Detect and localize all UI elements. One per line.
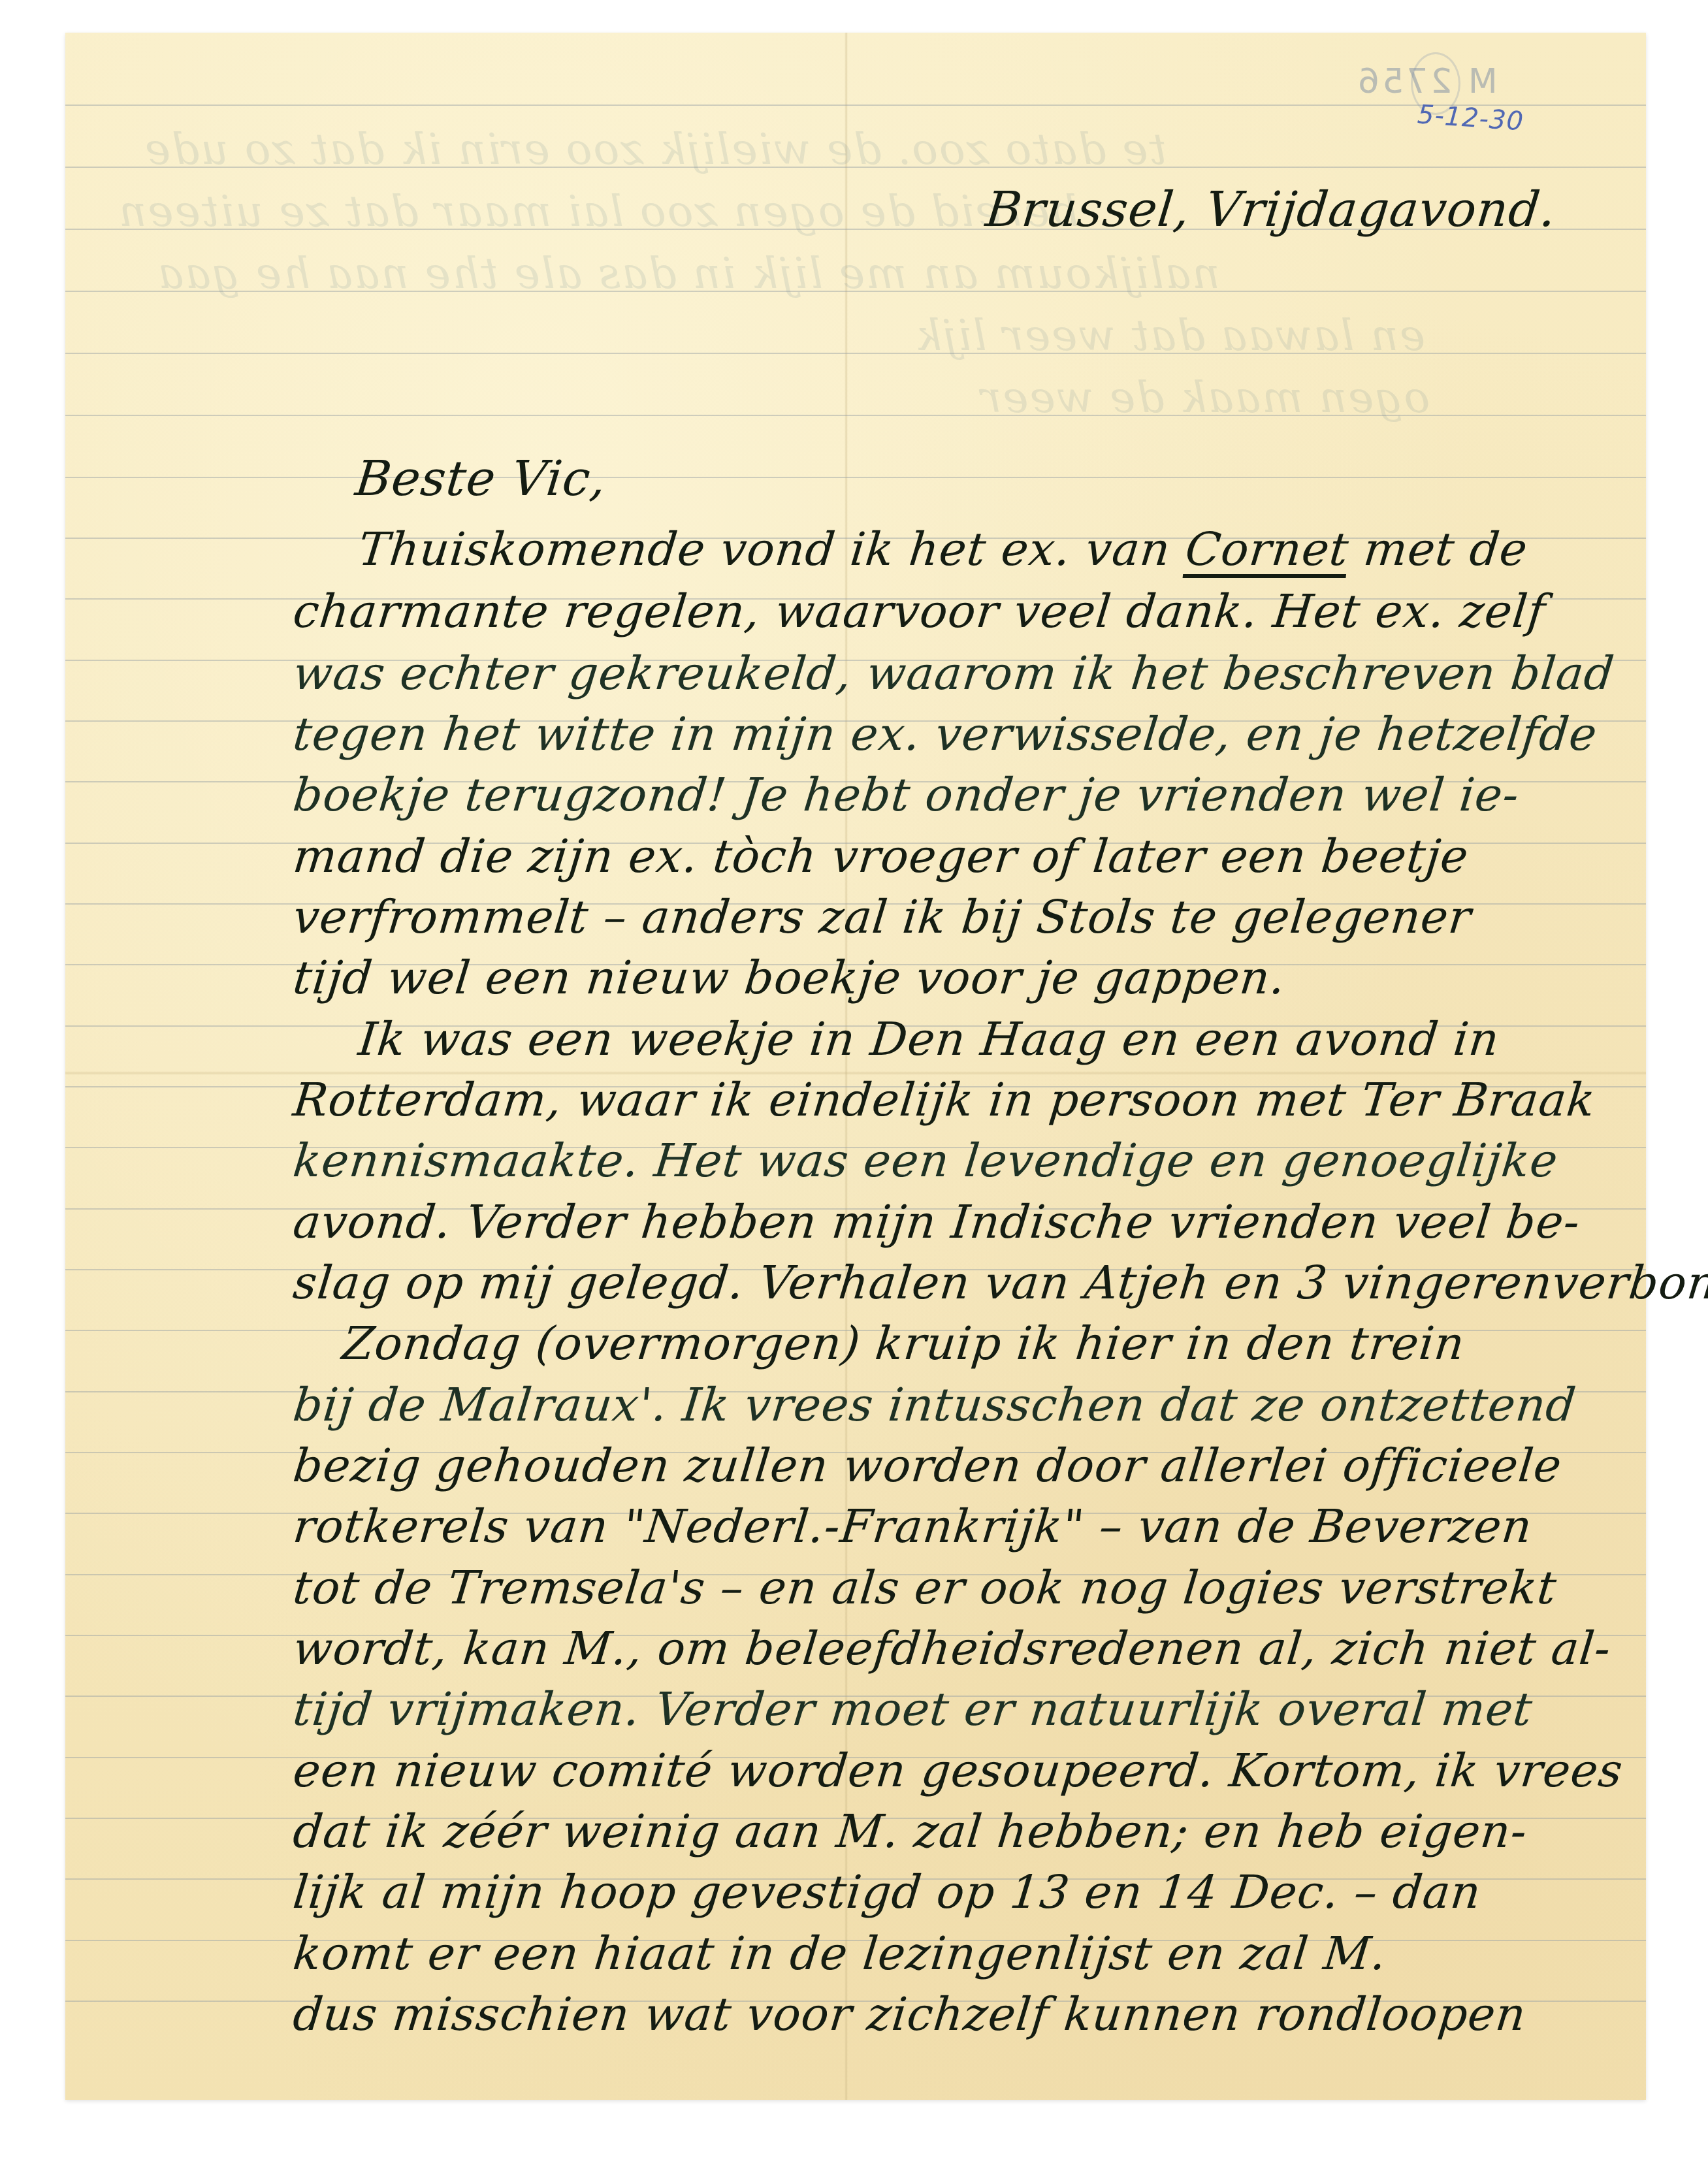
- letter-line-11: kennismaakte. Het was een levendige en g…: [291, 1134, 1560, 1187]
- letter-line-20: tijd vrijmaken. Verder moet er natuurlij…: [291, 1682, 1536, 1736]
- letter-line-8: tijd wel een nieuw boekje voor je gappen…: [291, 951, 1288, 1005]
- letter-line-1: Thuiskomende vond ik het ex. van Cornet …: [356, 523, 1530, 576]
- bleed-through-text: en lawaa dat weer lijk: [914, 310, 1425, 361]
- letter-line-25: dus misschien wat voor zichzelf kunnen r…: [291, 1987, 1529, 2041]
- letter-line-23: lijk al mijn hoop gevestigd op 13 en 14 …: [291, 1865, 1484, 1919]
- letter-line-6: mand die zijn ex. tòch vroeger of later …: [291, 829, 1472, 883]
- bleed-through-text: bereid de ogen zoo lai maar dat ze uitee…: [118, 186, 1078, 236]
- line-text: Thuiskomende vond ik het ex. van: [356, 523, 1189, 576]
- ruled-line: [65, 105, 1646, 106]
- letter-dateline: Brussel, Vrijdagavond.: [983, 182, 1559, 238]
- letter-line-7: verfrommelt – anders zal ik bij Stols te…: [291, 890, 1474, 944]
- ruled-line: [65, 477, 1646, 478]
- letter-line-19: wordt, kan M., om beleefdheidsredenen al…: [291, 1622, 1614, 1675]
- letter-salutation: Beste Vic,: [353, 451, 609, 507]
- underlined-name-cornet: Cornet: [1183, 523, 1351, 576]
- letter-line-3: was echter gekreukeld, waarom ik het bes…: [291, 647, 1617, 700]
- letter-line-16: bezig gehouden zullen worden door allerl…: [291, 1439, 1564, 1492]
- letter-line-4: tegen het witte in mijn ex. verwisselde,…: [291, 707, 1600, 761]
- letter-line-5: boekje terugzond! Je hebt onder je vrien…: [291, 768, 1522, 822]
- letter-line-10: Rotterdam, waar ik eindelijk in persoon …: [291, 1073, 1598, 1127]
- letter-line-12: avond. Verder hebben mijn Indische vrien…: [291, 1195, 1583, 1249]
- letter-line-21: een nieuw comité worden gesoupeerd. Kort…: [291, 1744, 1626, 1797]
- letter-line-24: komt er een hiaat in de lezingenlijst en…: [291, 1927, 1389, 1980]
- letter-line-22: dat ik zéér weinig aan M. zal hebben; en…: [291, 1805, 1530, 1858]
- letter-line-18: tot de Tremsela's – en als er ook nog lo…: [291, 1561, 1560, 1615]
- letter-line-15: bij de Malraux'. Ik vrees intusschen dat…: [291, 1378, 1579, 1432]
- archive-stamp: M 2756: [1355, 62, 1498, 101]
- letter-line-13: slag op mij gelegd. Verhalen van Atjeh e…: [291, 1256, 1708, 1310]
- letter-line-14: Zondag (overmorgen) kruip ik hier in den…: [340, 1317, 1468, 1370]
- bleed-through-text: nalijkoum an me lijk in das ale the naa …: [157, 248, 1220, 298]
- letter-line-2: charmante regelen, waarvoor veel dank. H…: [291, 585, 1548, 638]
- bleed-through-text: te dato zoo. de wielijk zoo erin ik dat …: [144, 124, 1167, 174]
- bleed-through-text: ogen maak de weer: [980, 372, 1430, 423]
- letter-line-17: rotkerels van "Nederl.-Frankrijk" – van …: [291, 1500, 1535, 1553]
- letter-line-9: Ik was een weekje in Den Haag en een avo…: [356, 1012, 1502, 1066]
- line-text: met de: [1346, 523, 1530, 576]
